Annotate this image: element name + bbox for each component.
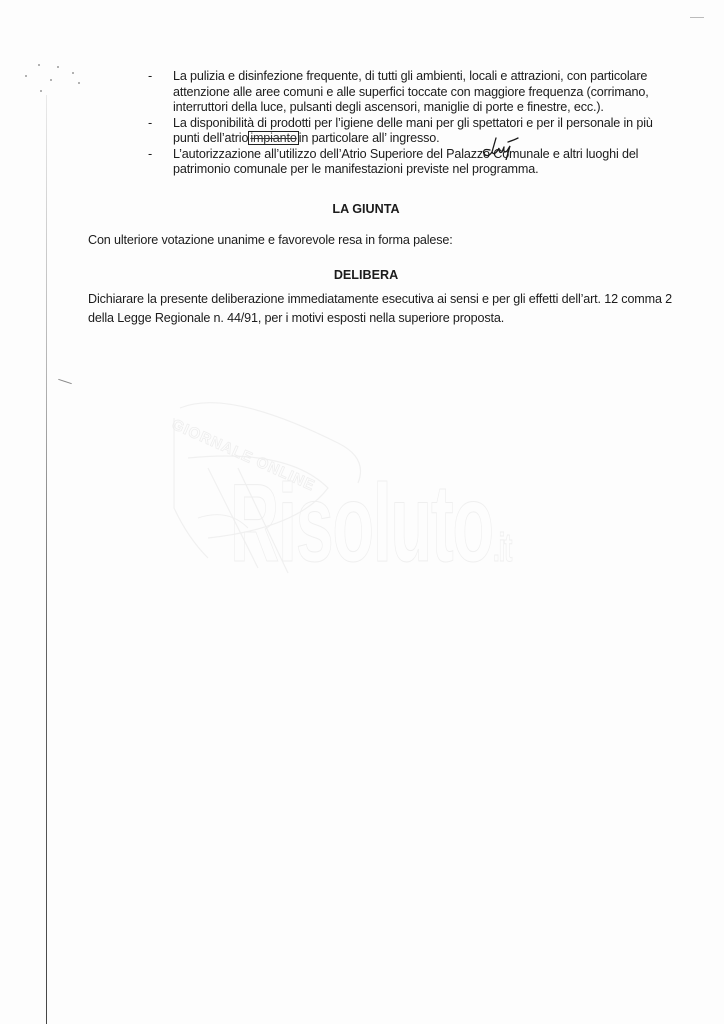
signature-initials-icon: [480, 136, 520, 160]
list-item: - La pulizia e disinfezione frequente, d…: [148, 69, 678, 116]
heading-delibera: DELIBERA: [4, 268, 724, 282]
heading-la-giunta: LA GIUNTA: [4, 202, 724, 216]
list-item: - La disponibilità di prodotti per l’igi…: [148, 116, 678, 147]
scan-mark: [58, 379, 72, 384]
scan-specks: [20, 60, 90, 110]
list-item-text-after: in particolare all’ ingresso.: [299, 131, 440, 145]
votazione-paragraph: Con ulteriore votazione unanime e favore…: [88, 233, 688, 249]
scan-margin-line: [46, 95, 47, 1024]
list-item-text: L’autorizzazione all’utilizzo dell’Atrio…: [173, 147, 638, 177]
bullet-dash: -: [148, 69, 152, 85]
list-item: - L’autorizzazione all’utilizzo dell’Atr…: [148, 147, 678, 178]
bullet-dash: -: [148, 116, 152, 132]
scan-mark: [690, 17, 704, 18]
watermark-brand-tld: .it: [493, 526, 511, 570]
watermark: GIORNALE ONLINE Risoluto.it: [168, 388, 578, 578]
document-page: GIORNALE ONLINE Risoluto.it - La pulizia…: [0, 0, 724, 1024]
delibera-paragraph: Dichiarare la presente deliberazione imm…: [88, 290, 688, 328]
list-item-text: La pulizia e disinfezione frequente, di …: [173, 69, 649, 114]
struck-correction: impianto: [248, 131, 298, 145]
watermark-brand: Risoluto.it: [230, 474, 511, 598]
bullet-dash: -: [148, 147, 152, 163]
watermark-brand-name: Risoluto: [230, 462, 493, 585]
measures-list: - La pulizia e disinfezione frequente, d…: [148, 69, 678, 178]
